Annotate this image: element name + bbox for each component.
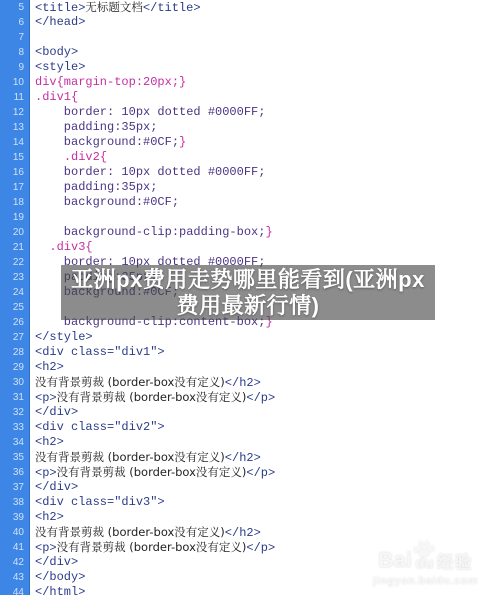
code-segment: </head> xyxy=(35,15,85,29)
code-line[interactable]: 21 .div3{ xyxy=(0,240,500,255)
code-segment: </h2> xyxy=(225,376,261,390)
code-text: </div> xyxy=(30,555,78,570)
code-text: background:#0CF;} xyxy=(30,135,186,150)
line-number: 10 xyxy=(0,75,30,90)
watermark-badge: 经验 xyxy=(437,548,473,573)
code-line[interactable]: 32</div> xyxy=(0,405,500,420)
line-number: 18 xyxy=(0,195,30,210)
code-line[interactable]: 40没有背景剪裁 (border-box没有定义)</h2> xyxy=(0,525,500,540)
code-segment: 没有背景剪裁 (border-box没有定义) xyxy=(57,390,247,404)
code-text: <title>无标题文档</title> xyxy=(30,0,201,15)
code-text: </style> xyxy=(30,330,93,345)
line-number: 26 xyxy=(0,315,30,330)
code-text: border: 10px dotted #0000FF; xyxy=(30,105,265,120)
code-line[interactable]: 27</style> xyxy=(0,330,500,345)
code-text: background:#0CF; xyxy=(30,195,179,210)
code-line[interactable]: 36<p>没有背景剪裁 (border-box没有定义)</p> xyxy=(0,465,500,480)
code-line[interactable]: 11.div1{ xyxy=(0,90,500,105)
code-text: border: 10px dotted #0000FF; xyxy=(30,165,265,180)
line-number: 40 xyxy=(0,525,30,540)
code-text: <body> xyxy=(30,45,78,60)
code-segment: 没有背景剪裁 (border-box没有定义) xyxy=(57,465,247,479)
line-number: 28 xyxy=(0,345,30,360)
code-line[interactable]: 33<div class="div2"> xyxy=(0,420,500,435)
code-text xyxy=(30,210,35,225)
code-text: 没有背景剪裁 (border-box没有定义)</h2> xyxy=(30,525,261,540)
code-text: padding:35px; xyxy=(30,120,157,135)
line-number: 25 xyxy=(0,300,30,315)
code-segment: <div class="div3"> xyxy=(35,495,165,509)
code-segment: </h2> xyxy=(225,451,261,465)
watermark-logo: Bai du 经验 xyxy=(373,543,478,573)
code-text: <h2> xyxy=(30,510,64,525)
code-text: </div> xyxy=(30,480,78,495)
code-segment: <p> xyxy=(35,466,57,480)
code-text: 没有背景剪裁 (border-box没有定义)</h2> xyxy=(30,450,261,465)
line-number: 20 xyxy=(0,225,30,240)
code-segment: </p> xyxy=(246,466,275,480)
code-segment: padding:35px; xyxy=(35,120,157,134)
code-segment: .div2{ xyxy=(64,150,107,164)
code-segment: 没有背景剪裁 (border-box没有定义) xyxy=(35,450,225,464)
code-segment: <h2> xyxy=(35,510,64,524)
code-line[interactable]: 19 xyxy=(0,210,500,225)
line-number: 15 xyxy=(0,150,30,165)
overlay-title-line1: 亚洲px费用走势哪里能看到(亚洲px xyxy=(71,267,425,293)
line-number: 16 xyxy=(0,165,30,180)
code-segment: </title> xyxy=(143,1,201,15)
line-number: 38 xyxy=(0,495,30,510)
code-segment: <body> xyxy=(35,45,78,59)
line-number: 5 xyxy=(0,0,30,15)
code-line[interactable]: 14 background:#0CF;} xyxy=(0,135,500,150)
code-line[interactable]: 38<div class="div3"> xyxy=(0,495,500,510)
code-segment: background:#0CF; xyxy=(35,195,179,209)
code-segment: <h2> xyxy=(35,360,64,374)
code-text: .div3{ xyxy=(30,240,93,255)
code-segment: 没有背景剪裁 (border-box没有定义) xyxy=(35,525,225,539)
code-line[interactable]: 9<style> xyxy=(0,60,500,75)
code-text: </div> xyxy=(30,405,78,420)
code-segment: <div class="div1"> xyxy=(35,345,165,359)
line-number: 44 xyxy=(0,585,30,595)
code-text: <style> xyxy=(30,60,85,75)
code-text: <h2> xyxy=(30,360,64,375)
line-number: 36 xyxy=(0,465,30,480)
code-segment: </div> xyxy=(35,480,78,494)
code-segment: </html> xyxy=(35,585,85,595)
code-text: background-clip:padding-box;} xyxy=(30,225,273,240)
code-text: </html> xyxy=(30,585,85,595)
code-text: <h2> xyxy=(30,435,64,450)
baidu-paw-icon xyxy=(414,541,436,557)
code-segment: <style> xyxy=(35,60,85,74)
line-number: 41 xyxy=(0,540,30,555)
line-number: 35 xyxy=(0,450,30,465)
code-segment: div{margin-top:20px;} xyxy=(35,75,186,89)
editor-screen: 5<title>无标题文档</title>6</head>78<body>9<s… xyxy=(0,0,500,595)
code-segment: <h2> xyxy=(35,435,64,449)
code-segment: </div> xyxy=(35,405,78,419)
code-segment xyxy=(35,240,49,254)
watermark-brand-bai: Bai xyxy=(378,549,412,573)
line-number: 6 xyxy=(0,15,30,30)
code-segment: </body> xyxy=(35,570,85,584)
code-line[interactable]: 6</head> xyxy=(0,15,500,30)
code-line[interactable]: 34<h2> xyxy=(0,435,500,450)
code-text: 没有背景剪裁 (border-box没有定义)</h2> xyxy=(30,375,261,390)
line-number: 27 xyxy=(0,330,30,345)
overlay-title-line2: 费用最新行情) xyxy=(177,293,320,319)
code-segment: } xyxy=(265,225,272,239)
line-number: 34 xyxy=(0,435,30,450)
code-segment: padding:35px; xyxy=(35,180,157,194)
code-text: .div1{ xyxy=(30,90,78,105)
line-number: 21 xyxy=(0,240,30,255)
code-segment xyxy=(35,150,64,164)
code-text: <p>没有背景剪裁 (border-box没有定义)</p> xyxy=(30,540,275,555)
code-text: padding:35px; xyxy=(30,180,157,195)
line-number: 33 xyxy=(0,420,30,435)
line-number: 29 xyxy=(0,360,30,375)
line-number: 31 xyxy=(0,390,30,405)
baidu-jingyan-watermark: Bai du 经验 jingyan.baidu.com xyxy=(373,543,478,587)
code-segment: 无标题文档 xyxy=(85,0,143,14)
code-line[interactable]: 17 padding:35px; xyxy=(0,180,500,195)
watermark-url: jingyan.baidu.com xyxy=(373,575,478,587)
code-segment: <p> xyxy=(35,391,57,405)
code-segment: 没有背景剪裁 (border-box没有定义) xyxy=(57,540,247,554)
line-number: 9 xyxy=(0,60,30,75)
code-segment: border: 10px dotted #0000FF; xyxy=(35,105,265,119)
code-segment: background-clip:padding-box; xyxy=(35,225,265,239)
code-segment: </p> xyxy=(246,391,275,405)
code-text: div{margin-top:20px;} xyxy=(30,75,186,90)
code-text xyxy=(30,30,35,45)
line-number: 13 xyxy=(0,120,30,135)
line-number: 24 xyxy=(0,285,30,300)
code-line[interactable]: 13 padding:35px; xyxy=(0,120,500,135)
code-line[interactable]: 28<div class="div1"> xyxy=(0,345,500,360)
code-segment: </div> xyxy=(35,555,78,569)
code-segment: .div3{ xyxy=(49,240,92,254)
line-number: 30 xyxy=(0,375,30,390)
code-segment: <title> xyxy=(35,1,85,15)
code-line[interactable]: 31<p>没有背景剪裁 (border-box没有定义)</p> xyxy=(0,390,500,405)
code-text: </body> xyxy=(30,570,85,585)
code-line[interactable]: 5<title>无标题文档</title> xyxy=(0,0,500,15)
code-segment: <p> xyxy=(35,541,57,555)
code-segment: 没有背景剪裁 (border-box没有定义) xyxy=(35,375,225,389)
line-number: 23 xyxy=(0,270,30,285)
code-text: <p>没有背景剪裁 (border-box没有定义)</p> xyxy=(30,465,275,480)
code-segment: .div1{ xyxy=(35,90,78,104)
code-line[interactable]: 35没有背景剪裁 (border-box没有定义)</h2> xyxy=(0,450,500,465)
code-line[interactable]: 16 border: 10px dotted #0000FF; xyxy=(0,165,500,180)
code-line[interactable]: 8<body> xyxy=(0,45,500,60)
line-number: 37 xyxy=(0,480,30,495)
code-segment: border: 10px dotted #0000FF; xyxy=(35,165,265,179)
line-number: 42 xyxy=(0,555,30,570)
code-segment: background:#0CF; xyxy=(35,135,179,149)
line-number: 43 xyxy=(0,570,30,585)
code-text: .div2{ xyxy=(30,150,107,165)
line-number: 14 xyxy=(0,135,30,150)
code-line[interactable]: 7 xyxy=(0,30,500,45)
line-number: 7 xyxy=(0,30,30,45)
code-text: <div class="div2"> xyxy=(30,420,165,435)
code-text: <p>没有背景剪裁 (border-box没有定义)</p> xyxy=(30,390,275,405)
watermark-brand-du: du xyxy=(415,555,433,572)
code-segment: </p> xyxy=(246,541,275,555)
code-text xyxy=(30,300,35,315)
line-number: 22 xyxy=(0,255,30,270)
code-text: <div class="div1"> xyxy=(30,345,165,360)
code-text: <div class="div3"> xyxy=(30,495,165,510)
line-number: 8 xyxy=(0,45,30,60)
code-line[interactable]: 37</div> xyxy=(0,480,500,495)
code-line[interactable]: 10div{margin-top:20px;} xyxy=(0,75,500,90)
line-number: 32 xyxy=(0,405,30,420)
code-segment: <div class="div2"> xyxy=(35,420,165,434)
code-line[interactable]: 15 .div2{ xyxy=(0,150,500,165)
code-line[interactable]: 20 background-clip:padding-box;} xyxy=(0,225,500,240)
line-number: 17 xyxy=(0,180,30,195)
line-number: 39 xyxy=(0,510,30,525)
code-line[interactable]: 29<h2> xyxy=(0,360,500,375)
code-text: </head> xyxy=(30,15,85,30)
code-segment: </style> xyxy=(35,330,93,344)
code-segment: } xyxy=(179,135,186,149)
line-number: 19 xyxy=(0,210,30,225)
line-number: 11 xyxy=(0,90,30,105)
code-segment: </h2> xyxy=(225,526,261,540)
line-number: 12 xyxy=(0,105,30,120)
code-line[interactable]: 12 border: 10px dotted #0000FF; xyxy=(0,105,500,120)
code-line[interactable]: 39<h2> xyxy=(0,510,500,525)
code-line[interactable]: 18 background:#0CF; xyxy=(0,195,500,210)
code-line[interactable]: 30没有背景剪裁 (border-box没有定义)</h2> xyxy=(0,375,500,390)
title-overlay-banner: 亚洲px费用走势哪里能看到(亚洲px 费用最新行情) xyxy=(61,265,435,320)
